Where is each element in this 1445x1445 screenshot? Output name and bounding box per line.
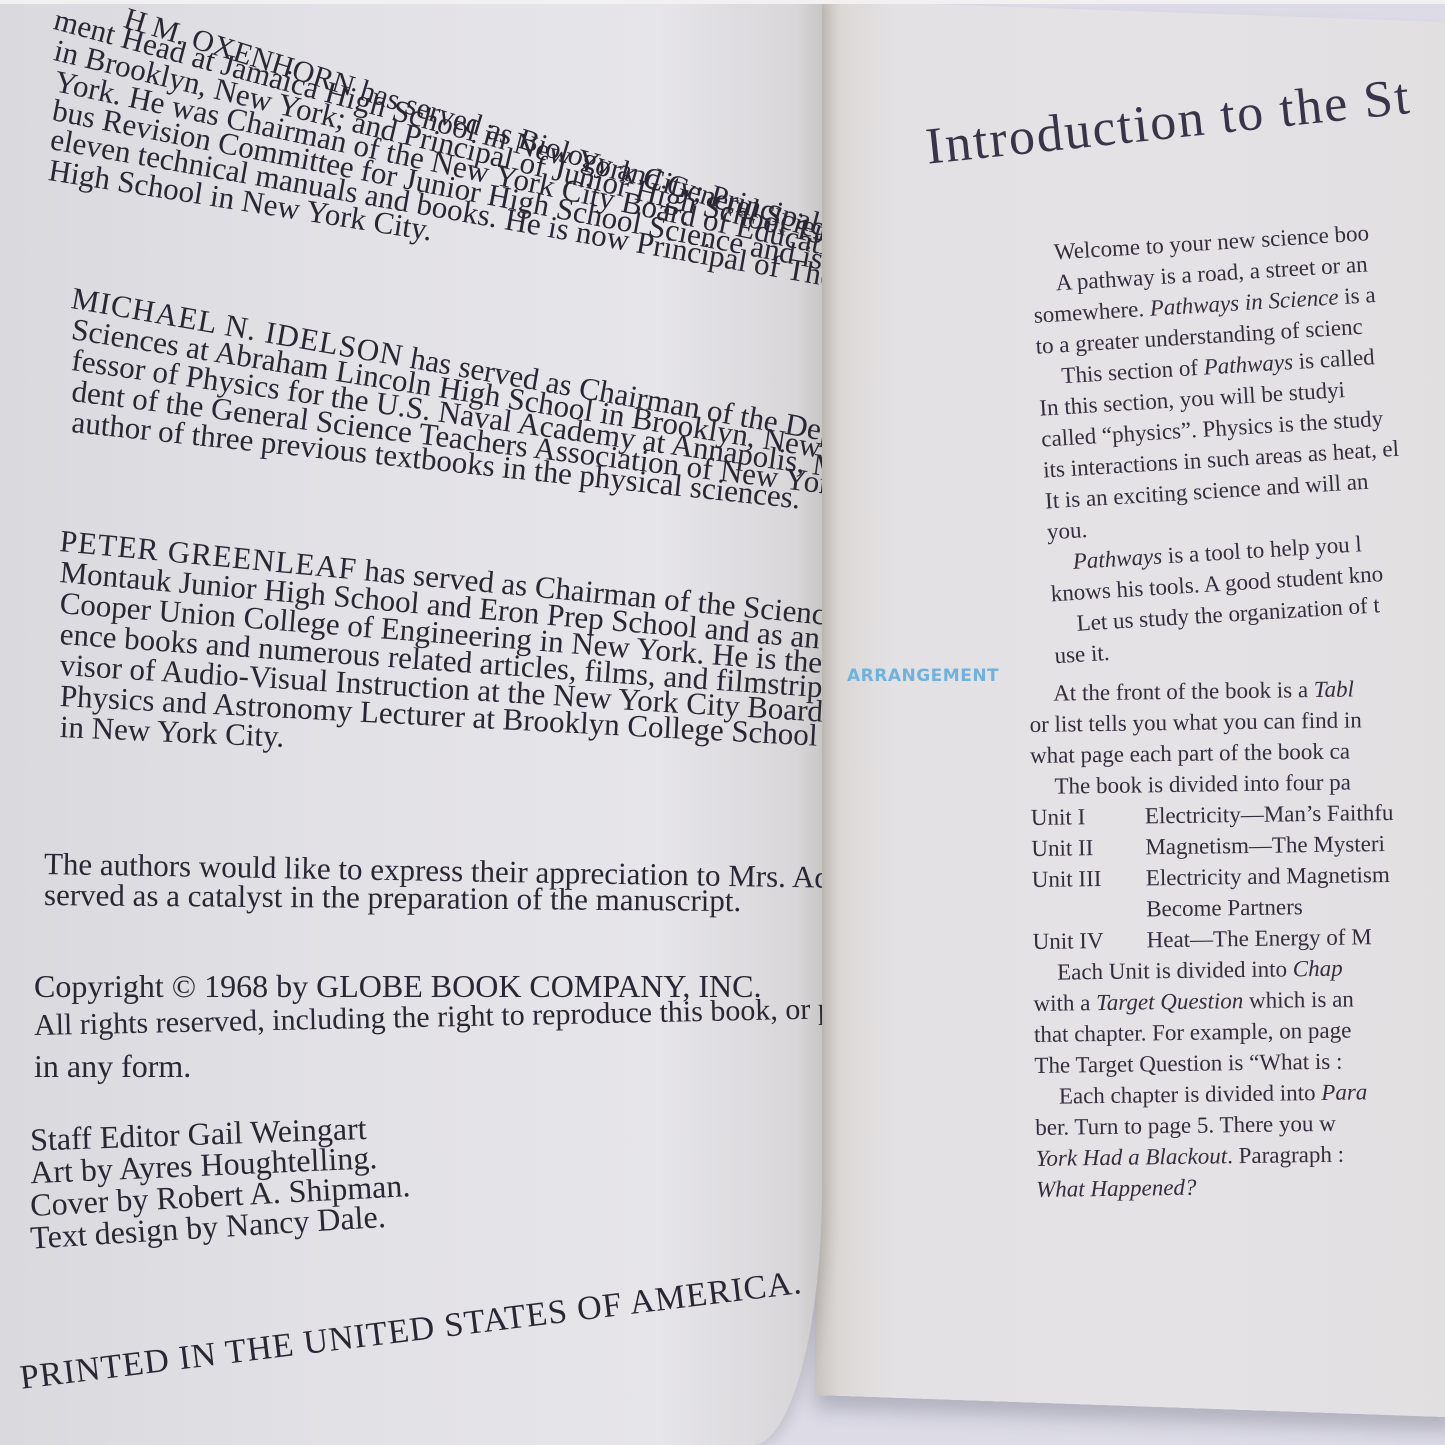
arrangement-line: At the front of the book is a Tabl (1029, 673, 1392, 709)
book-title-italic: Pathways (1203, 349, 1294, 379)
unit-row-1: Unit IElectricity—Man’s Faithfu (1031, 797, 1394, 833)
bio-greenleaf: PETER GREENLEAF has served as Chairman o… (60, 525, 822, 742)
copyright-notice: Copyright © 1968 by GLOBE BOOK COMPANY, … (34, 966, 822, 1086)
italic-term: What Happened? (1036, 1175, 1197, 1202)
unit-number: Unit IV (1032, 924, 1146, 957)
unit-number: Unit II (1031, 831, 1145, 864)
italic-term: Chap (1293, 956, 1343, 982)
bio-oxenhorn: H M. OXENHORN has served as Biology and … (85, 2, 822, 219)
credits: Staff Editor Gail Weingart Art by Ayres … (30, 1118, 410, 1242)
side-heading-arrangement: ARRANGEMENT (847, 666, 999, 686)
acknowledgement: The authors would like to express their … (44, 848, 822, 910)
unit-title: Magnetism—The Mysteri (1145, 828, 1385, 862)
text: At the front of the book is a (1053, 677, 1314, 706)
italic-term: Tabl (1314, 676, 1354, 702)
text: is a (1338, 282, 1377, 309)
closing-line: York Had a Blackout. Paragraph : (1035, 1138, 1398, 1174)
italic-term: Para (1321, 1079, 1367, 1105)
unit-row-3: Unit IIIElectricity and Magnetism (1032, 859, 1395, 895)
text: Each chapter is divided into (1059, 1080, 1322, 1109)
text: Each Unit is divided into (1057, 956, 1293, 984)
closing-line: with a Target Question which is an (1033, 983, 1396, 1019)
unit-row-3-cont: Become Partners (1032, 890, 1395, 926)
arrangement-line: what page each part of the book ca (1030, 735, 1393, 771)
ack-line: served as a catalyst in the preparation … (44, 879, 822, 917)
arrangement-line: The book is divided into four pa (1030, 766, 1393, 802)
italic-term: Target Question (1096, 988, 1244, 1015)
text: which is an (1243, 986, 1354, 1013)
unit-row-2: Unit IIMagnetism—The Mysteri (1031, 828, 1394, 864)
text: . Paragraph : (1227, 1142, 1344, 1169)
bio-idelson: MICHAEL N. IDELSON has served as Chairma… (72, 282, 822, 437)
rights-line: in any form. (34, 1046, 822, 1086)
page-title: Introduction to the St (923, 67, 1414, 177)
closing-line: The Target Question is “What is : (1034, 1045, 1397, 1081)
unit-title: Electricity—Man’s Faithfu (1145, 797, 1394, 831)
closing-line: Each Unit is divided into Chap (1033, 952, 1396, 988)
arrangement-section: At the front of the book is a Tabl or li… (1029, 673, 1399, 1205)
intro-paragraphs: Welcome to your new science boo A pathwa… (1029, 216, 1411, 671)
arrangement-line: or list tells you what you can find in (1029, 704, 1392, 740)
closing-line: that chapter. For example, on page (1034, 1014, 1397, 1050)
unit-title: Heat—The Energy of M (1146, 921, 1371, 955)
unit-title: Electricity and Magnetism (1146, 859, 1390, 893)
text: somewhere. (1033, 296, 1151, 328)
right-page-introduction: Introduction to the St Welcome to your n… (815, 0, 1445, 1417)
closing-line: What Happened? (1036, 1169, 1399, 1205)
closing-line: ber. Turn to page 5. There you w (1035, 1107, 1398, 1143)
text: with a (1033, 990, 1096, 1016)
unit-number (1032, 893, 1146, 926)
printed-in-usa: PRINTED IN THE UNITED STATES OF AMERICA. (18, 1264, 804, 1398)
unit-row-4: Unit IVHeat—The Energy of M (1032, 921, 1395, 957)
text: is called (1292, 344, 1375, 374)
unit-number: Unit I (1031, 800, 1145, 833)
closing-line: Each chapter is divided into Para (1035, 1076, 1398, 1112)
book-title-italic: Pathways (1072, 543, 1163, 573)
left-page-copyright: H M. OXENHORN has served as Biology and … (0, 0, 822, 1445)
page-top-edge (0, 0, 1445, 4)
unit-number: Unit III (1032, 862, 1146, 895)
unit-title: Become Partners (1146, 891, 1303, 924)
italic-term: York Had a Blackout (1036, 1143, 1228, 1171)
